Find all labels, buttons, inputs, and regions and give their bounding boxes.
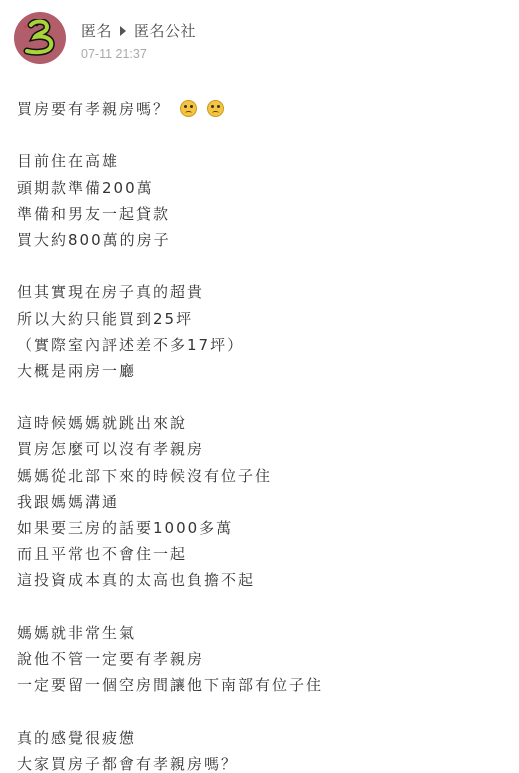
board-link[interactable]: 匿名公社 [134, 20, 196, 41]
post-title-line: 買房要有孝親房嗎？ [17, 96, 323, 122]
worried-face-emoji-icon [180, 100, 197, 117]
post-line: （實際室內評述差不多17坪） [17, 332, 323, 358]
post-line: 這時候媽媽就跳出來說 [17, 410, 323, 436]
post-line: 而且平常也不會住一起 [17, 541, 323, 567]
post-line [17, 253, 323, 279]
post-line: 買房怎麼可以沒有孝親房 [17, 436, 323, 462]
caret-right-icon [120, 26, 126, 36]
snake-icon [23, 19, 57, 57]
post-line: 一定要留一個空房間讓他下南部有位子住 [17, 672, 323, 698]
post-line: 說他不管一定要有孝親房 [17, 646, 323, 672]
post-header: 匿名 匿名公社 07-11 21:37 [14, 12, 196, 64]
author-name: 匿名 [81, 20, 112, 41]
post-line: 媽媽從北部下來的時候沒有位子住 [17, 463, 323, 489]
post-line: 但其實現在房子真的超貴 [17, 279, 323, 305]
post-line: 真的感覺很疲憊 [17, 725, 323, 751]
post-line: 大家買房子都會有孝親房嗎？ [17, 751, 323, 773]
post-body: 買房要有孝親房嗎？ 目前住在高雄頭期款準備200萬準備和男友一起貸款買大約800… [17, 96, 323, 773]
post-line: 我跟媽媽溝通 [17, 489, 323, 515]
post-line [17, 384, 323, 410]
post-line: 頭期款準備200萬 [17, 175, 323, 201]
avatar[interactable] [14, 12, 66, 64]
worried-face-emoji-icon [207, 100, 224, 117]
post-line [17, 122, 323, 148]
post-line: 這投資成本真的太高也負擔不起 [17, 567, 323, 593]
post-line: 目前住在高雄 [17, 148, 323, 174]
post-line [17, 698, 323, 724]
post-line: 如果要三房的話要1000多萬 [17, 515, 323, 541]
post-line: 準備和男友一起貸款 [17, 201, 323, 227]
post-line: 媽媽就非常生氣 [17, 620, 323, 646]
post-line [17, 594, 323, 620]
post-line: 所以大約只能買到25坪 [17, 306, 323, 332]
post-line: 買大約800萬的房子 [17, 227, 323, 253]
post-line: 大概是兩房一廳 [17, 358, 323, 384]
post-timestamp: 07-11 21:37 [81, 47, 196, 61]
